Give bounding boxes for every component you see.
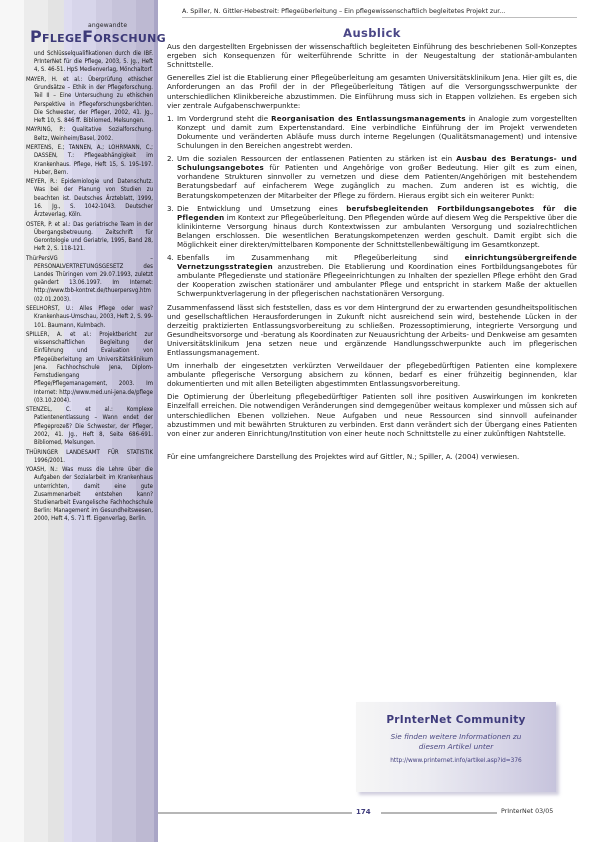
reference-item: MERTENS, E.; TANNEN, A.; LOHRMANN, C.; D… [26, 144, 153, 177]
paragraph-optimization: Die Optimierung der Überleitung pflegebe… [167, 392, 577, 437]
list-item: 3.Die Entwicklung und Umsetzung eines be… [167, 204, 577, 249]
reference-item: OSTER, P. et al.: Das geriatrische Team … [26, 221, 153, 254]
reference-item: ThürPersVG – PERSONALVERTRETUNGSGESETZ d… [26, 255, 153, 304]
community-promo-box: PrInterNet Community Sie finden weitere … [356, 702, 556, 792]
running-header: A. Spiller, N. Gittler-Hebestreit: Pfleg… [182, 8, 577, 18]
footer-divider [158, 812, 352, 814]
section-title: Ausblick [167, 29, 577, 38]
logo-superscript: angewandte [88, 22, 127, 29]
promo-link[interactable]: http://www.printernet.info/artikel.asp?i… [356, 758, 556, 764]
reference-item: MEYER, R.: Epidemiologie und Datenschutz… [26, 178, 153, 219]
logo-title: PFLEGEFORSCHUNG [30, 27, 160, 46]
reference-item: THÜRINGER LANDESAMT FÜR STATISTIK 1996/2… [26, 449, 153, 465]
reference-item: STENZEL, C. et al.: Komplexe Patientenen… [26, 406, 153, 447]
list-item: 4.Ebenfalls im Zusammenhang mit Pflegeüb… [167, 253, 577, 298]
page-number: 174 [356, 808, 371, 816]
focus-list: 1.Im Vordergrund steht die Reorganisatio… [167, 114, 577, 299]
paragraph-intro: Aus den dargestellten Ergebnissen der wi… [167, 42, 577, 69]
journal-logo: angewandte PFLEGEFORSCHUNG [30, 27, 160, 46]
reference-item: und Schlüsselqualifikationen durch die I… [26, 50, 153, 75]
list-item: 1.Im Vordergrund steht die Reorganisatio… [167, 114, 577, 150]
promo-title: PrInterNet Community [356, 714, 556, 726]
paragraph-summary: Zusammenfassend lässt sich feststellen, … [167, 303, 577, 358]
paragraph-dwell-time: Um innerhalb der eingesetzten verkürzten… [167, 361, 577, 388]
reference-item: SEELHORST, U.: Alles Pflege oder was? Kr… [26, 305, 153, 330]
list-item: 2.Um die sozialen Ressourcen der entlass… [167, 154, 577, 199]
footer-divider [381, 812, 497, 814]
reference-item: MAYRING, P.: Qualitative Sozialforschung… [26, 126, 153, 142]
main-article: Ausblick Aus den dargestellten Ergebniss… [167, 30, 577, 465]
reference-item: YOASH, N.: Was muss die Lehre über die A… [26, 466, 153, 523]
promo-text: Sie finden weitere Informationen zu dies… [356, 732, 556, 751]
reference-item: MAYER, H. et al.: Überprüfung ethischer … [26, 76, 153, 125]
journal-issue: PrInterNet 03/05 [501, 808, 553, 815]
paragraph-further-reading: Für eine umfangreichere Darstellung des … [167, 452, 577, 461]
reference-list: und Schlüsselqualifikationen durch die I… [26, 50, 153, 525]
reference-item: SPILLER, A. et al.: Projektbericht zur w… [26, 331, 153, 405]
paragraph-goal: Generelles Ziel ist die Etablierung eine… [167, 73, 577, 109]
